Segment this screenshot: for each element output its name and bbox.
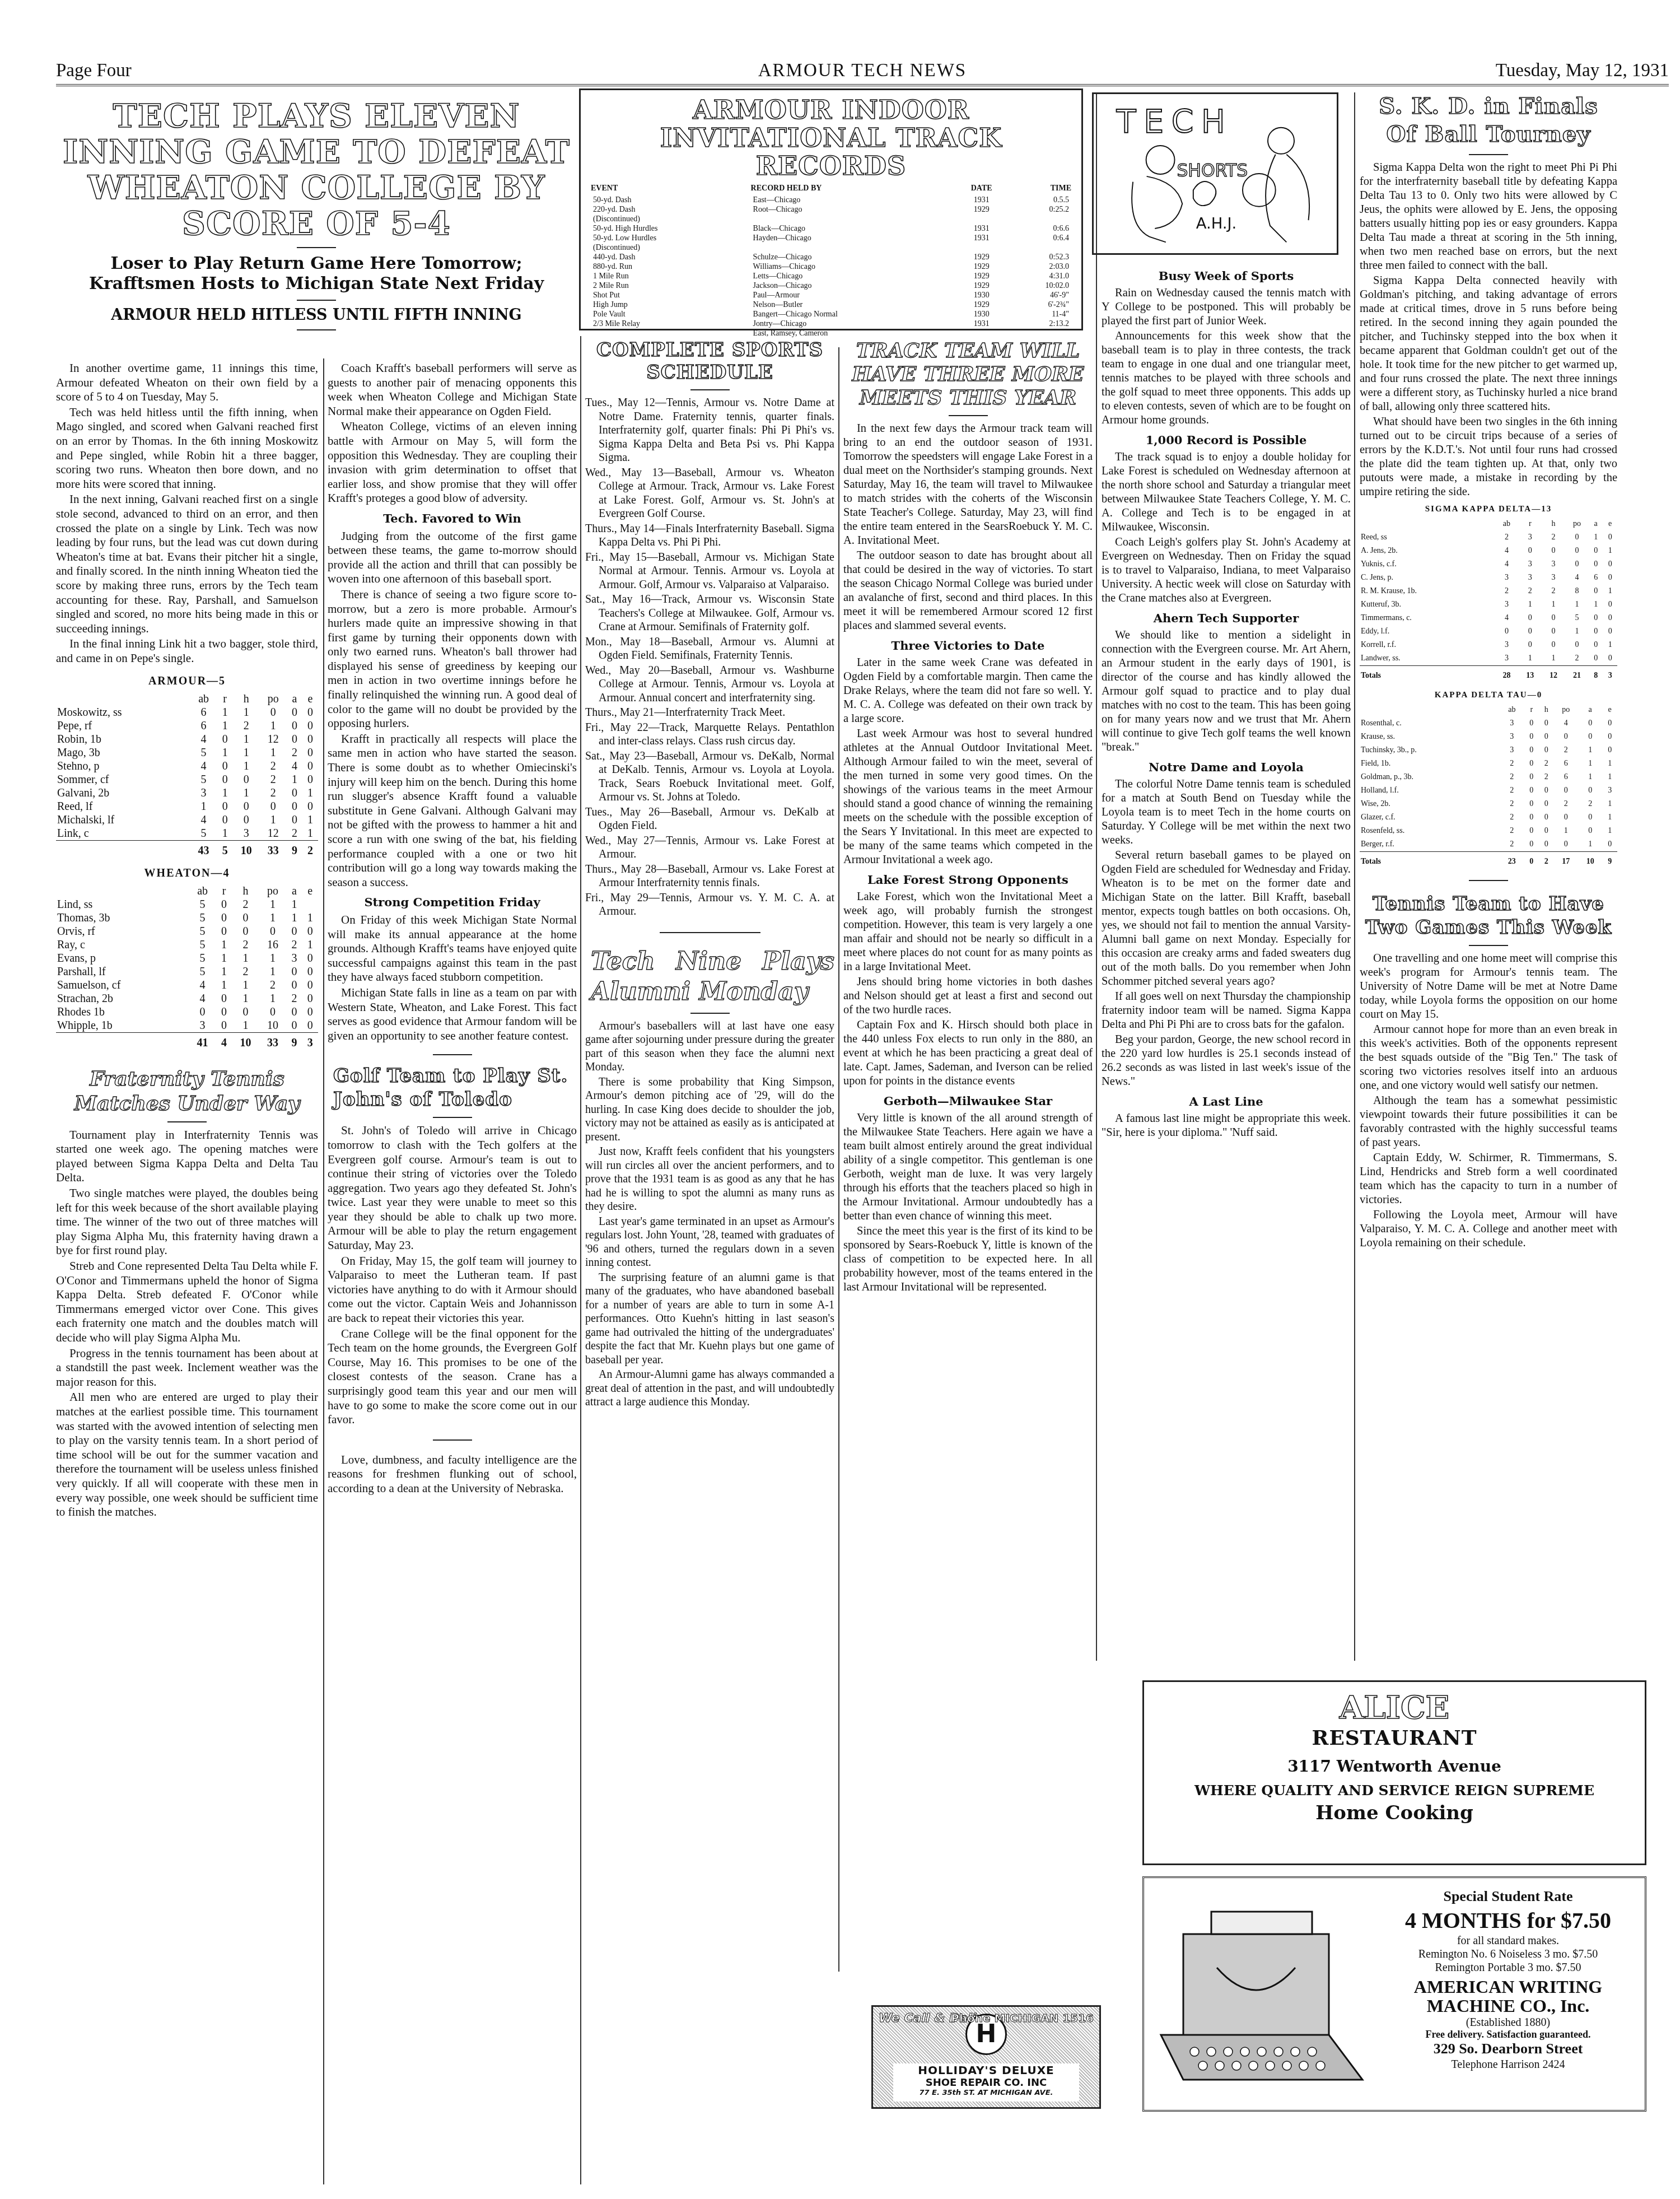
table-row: Samuelson, cf411200 (56, 979, 318, 992)
divider (433, 1439, 472, 1441)
paragraph: Judging from the outcome of the first ga… (328, 529, 577, 586)
paragraph: Later in the same week Crane was defeate… (843, 656, 1093, 726)
shoe-repair-ad: We Call & Deliver H Phone MICHIGAN 1516 … (871, 2005, 1101, 2109)
table-row: Tuchinsky, 3b., p.300210 (1360, 744, 1617, 757)
column-2: Coach Krafft's baseball performers will … (328, 361, 577, 1497)
subhead: Three Victories to Date (843, 639, 1093, 653)
svg-text:TECH: TECH (1116, 104, 1233, 141)
paragraph: Tech was held hitless until the fifth in… (56, 406, 318, 492)
paragraph: We should like to mention a sidelight in… (1102, 628, 1351, 754)
frat-tennis-headline: Fraternity Tennis Matches Under Way (56, 1066, 318, 1116)
table-row: Reed, lf100000 (56, 800, 318, 813)
subhead: Busy Week of Sports (1102, 269, 1351, 283)
totals-row: 435103392 (56, 841, 318, 858)
table-row: 220-yd. DashRoot—Chicago19290:25.2 (591, 205, 1071, 215)
table-row: Timmermans, c.400500 (1360, 612, 1617, 625)
box-score-title: KAPPA DELTA TAU—0 (1360, 688, 1617, 702)
table-row: C. Jens, p.333460 (1360, 571, 1617, 585)
column-divider (1096, 92, 1097, 1661)
paragraph: Armour cannot hope for more than an even… (1360, 1023, 1617, 1093)
ad-address: 3117 Wentworth Avenue (1144, 1757, 1645, 1776)
table-row: 2/3 Mile RelayJontry—Chicago19312:13.2 (591, 319, 1071, 329)
table-row: East, Ramsey, Cameron (591, 329, 1071, 338)
column-1: In another overtime game, 11 innings thi… (56, 361, 318, 1521)
paragraph: The surprising feature of an alumni game… (585, 1271, 834, 1367)
box-score-wheaton: abrhpoae Lind, ss50211 Thomas, 3b500111 … (56, 884, 318, 1050)
masthead: Page Four ARMOUR TECH NEWS Tuesday, May … (56, 60, 1669, 87)
column-divider (323, 358, 324, 2184)
ad-name: ALICE (1144, 1690, 1645, 1726)
table-row: Orvis, rf500000 (56, 925, 318, 938)
paragraph: Several return baseball games to be play… (1102, 849, 1351, 989)
table-row: Kutteruf, 3b.311110 (1360, 598, 1617, 612)
table-row: 50-yd. DashEast—Chicago19310.5.5 (591, 195, 1071, 205)
typewriter-ad: Special Student Rate 4 MONTHS for $7.50 … (1142, 1876, 1646, 2112)
box-score-title: SIGMA KAPPA DELTA—13 (1360, 502, 1617, 516)
box-score-kdt: abrhpoae Rosenthal, c.300400 Krause, ss.… (1360, 704, 1617, 869)
table-row: Holland, l.f.200003 (1360, 784, 1617, 798)
paragraph: Progress in the tennis tournament has be… (56, 1347, 318, 1390)
paragraph: If all goes well on next Thursday the ch… (1102, 990, 1351, 1032)
totals-row: 414103393 (56, 1032, 318, 1050)
tennis-team-headline: Tennis Team to Have Two Games This Week (1360, 892, 1617, 939)
table-row: Field, 1b.202611 (1360, 757, 1617, 771)
paragraph: Streb and Cone represented Delta Tau Del… (56, 1259, 318, 1345)
paragraph: Armour's baseballers will at last have o… (585, 1019, 834, 1074)
table-row: Link, c5131221 (56, 827, 318, 841)
paragraph: On Friday of this week Michigan State No… (328, 913, 577, 985)
divider (297, 329, 336, 330)
divider (690, 1013, 730, 1014)
paragraph: There is some probability that King Simp… (585, 1075, 834, 1144)
table-row: Landwer, ss.311200 (1360, 652, 1617, 666)
schedule-entry: Tues., May 26—Baseball, Armour vs. DeKal… (585, 805, 834, 833)
paragraph: Two single matches were played, the doub… (56, 1186, 318, 1258)
column-3: COMPLETE SPORTS SCHEDULE Tues., May 12—T… (585, 339, 834, 1410)
ad-tagline: Home Cooking (1144, 1802, 1645, 1824)
column-6: S. K. D. in Finals Of Ball Tourney Sigma… (1360, 92, 1617, 1251)
divider (1469, 154, 1508, 155)
paragraph: In another overtime game, 11 innings thi… (56, 361, 318, 404)
subhead: Gerboth—Milwaukee Star (843, 1094, 1093, 1108)
table-row: Whipple, 1b3011000 (56, 1019, 318, 1033)
paragraph: Crane College will be the final opponent… (328, 1327, 577, 1427)
paragraph: Sigma Kappa Delta connected heavily with… (1360, 274, 1617, 414)
track-team-headline: TRACK TEAM WILL HAVE THREE MORE MEETS TH… (843, 339, 1093, 409)
table-row: Berger, r.f.200010 (1360, 838, 1617, 852)
paragraph: Very little is known of the all around s… (843, 1111, 1093, 1223)
subhead: Ahern Tech Supporter (1102, 611, 1351, 625)
column-divider (580, 336, 581, 2184)
paragraph: Wheaton College, victims of an eleven in… (328, 420, 577, 506)
subhead: Lake Forest Strong Opponents (843, 873, 1093, 887)
table-row: Moskowitz, ss611000 (56, 706, 318, 719)
table-row: Ray, c5121621 (56, 938, 318, 952)
column-divider (838, 347, 839, 1972)
track-records-box: ARMOUR INDOOR INVITATIONAL TRACK RECORDS… (579, 88, 1083, 330)
ad-phone: Phone MICHIGAN 1516 (951, 2011, 1094, 2025)
ad-slogan: WHERE QUALITY AND SERVICE REIGN SUPREME (1144, 1782, 1645, 1799)
lead-subdeck: ARMOUR HELD HITLESS UNTIL FIFTH INNING (56, 306, 577, 324)
column-4: TRACK TEAM WILL HAVE THREE MORE MEETS TH… (843, 339, 1093, 1296)
ad-banner: HOLLIDAY'S DELUXE SHOE REPAIR CO. INC 77… (893, 2063, 1079, 2102)
table-row: Shot PutPaul—Armour193046'-9" (591, 291, 1071, 300)
table-row: Wise, 2b.200221 (1360, 798, 1617, 811)
schedule-entry: Tues., May 12—Tennis, Armour vs. Notre D… (585, 396, 834, 465)
table-row: High JumpNelson—Butler19296'-2¾" (591, 300, 1071, 310)
table-row: Eddy, l.f.000100 (1360, 625, 1617, 639)
table-row: Yuknis, c.f.433000 (1360, 558, 1617, 571)
divider (167, 1121, 207, 1122)
table-row: Rosenthal, c.300400 (1360, 717, 1617, 730)
schedule-headline: COMPLETE SPORTS SCHEDULE (585, 339, 834, 384)
paragraph: Last week Armour was host to several hun… (843, 727, 1093, 867)
table-row: Goldman, p., 3b.202611 (1360, 771, 1617, 784)
paragraph: On Friday, May 15, the golf team will jo… (328, 1254, 577, 1326)
subhead: Tech. Favored to Win (328, 511, 577, 526)
divider (433, 1117, 472, 1118)
table-row: Rhodes 1b000000 (56, 1005, 318, 1019)
paragraph: In the next few days the Armour track te… (843, 422, 1093, 548)
totals-row: Totals230217109 (1360, 852, 1617, 869)
ad-type: RESTAURANT (1144, 1726, 1645, 1750)
divider (1469, 945, 1508, 946)
paragraph: All men who are entered are urged to pla… (56, 1390, 318, 1519)
paragraph: There is chance of seeing a two figure s… (328, 588, 577, 731)
table-row: Pepe, rf612100 (56, 719, 318, 733)
table-row: 1 Mile RunLetts—Chicago19294:31.0 (591, 272, 1071, 281)
paper-name: ARMOUR TECH NEWS (56, 60, 1669, 81)
paragraph: Krafft in practically all respects will … (328, 732, 577, 890)
schedule-entry: Thurs., May 28—Baseball, Armour vs. Lake… (585, 863, 834, 890)
table-row: A. Jens, 2b.400001 (1360, 544, 1617, 558)
table-row: Mago, 3b511120 (56, 746, 318, 760)
column-divider (1354, 92, 1355, 1661)
schedule-entry: Fri., May 15—Baseball, Armour vs. Michig… (585, 551, 834, 592)
table-row: Stehno, p401240 (56, 760, 318, 773)
paragraph: Captain Fox and K. Hirsch should both pl… (843, 1018, 1093, 1088)
table-row: Krause, ss.300000 (1360, 730, 1617, 744)
table-row: Glazer, c.f.200001 (1360, 811, 1617, 824)
schedule-entry: Fri., May 22—Track, Marquette Relays. Pe… (585, 721, 834, 748)
totals-row: Totals2813122183 (1360, 666, 1617, 683)
cartoon-illustration-icon: TECH SHORTS A.H.J. (1094, 94, 1337, 253)
svg-text:A.H.J.: A.H.J. (1196, 215, 1237, 232)
paragraph: Although the team has a somewhat pessimi… (1360, 1094, 1617, 1150)
table-row: Evans, p511130 (56, 952, 318, 965)
paragraph: Captain Eddy, W. Schirmer, R. Timmermans… (1360, 1151, 1617, 1207)
table-row: 880-yd. RunWilliams—Chicago19292:03.0 (591, 262, 1071, 272)
paragraph: Just now, Krafft feels confident that hi… (585, 1145, 834, 1214)
table-row: 50-yd. High HurdlesBlack—Chicago19310:6.… (591, 224, 1071, 234)
table-row: Pole VaultBangert—Chicago Normal193011-4… (591, 310, 1071, 319)
divider (297, 247, 336, 248)
table-row: Lind, ss50211 (56, 898, 318, 911)
ad-copy: Special Student Rate 4 MONTHS for $7.50 … (1379, 1888, 1637, 2071)
paragraph: The colorful Notre Dame tennis team is s… (1102, 777, 1351, 847)
box-score-armour: abrhpoae Moskowitz, ss611000 Pepe, rf612… (56, 692, 318, 858)
table-row: 440-yd. DashSchulze—Chicago19290:52.3 (591, 253, 1071, 262)
paragraph: St. John's of Toledo will arrive in Chic… (328, 1124, 577, 1252)
schedule-entry: Fri., May 29—Tennis, Armour vs. Y. M. C.… (585, 891, 834, 919)
schedule-entry: Sat., May 23—Baseball, Armour vs. DeKalb… (585, 749, 834, 804)
divider (433, 1054, 472, 1055)
lead-headline: TECH PLAYS ELEVEN INNING GAME TO DEFEAT … (56, 98, 577, 241)
table-row: (Discontinued) (591, 243, 1071, 253)
lead-headline-block: TECH PLAYS ELEVEN INNING GAME TO DEFEAT … (56, 98, 577, 336)
subhead: Notre Dame and Loyola (1102, 760, 1351, 774)
track-records-table: EVENTRECORD HELD BYDATETIME 50-yd. DashE… (591, 184, 1071, 338)
paragraph: Following the Loyola meet, Armour will h… (1360, 1208, 1617, 1250)
paragraph: Jens should bring home victories in both… (843, 975, 1093, 1017)
table-row: Michalski, lf400101 (56, 813, 318, 827)
golf-headline: Golf Team to Play St. John's of Toledo (328, 1064, 577, 1111)
paragraph: Since the meet this year is the first of… (843, 1224, 1093, 1294)
divider (660, 932, 760, 933)
table-row: Strachan, 2b401120 (56, 992, 318, 1005)
table-row: Parshall, lf512100 (56, 965, 318, 979)
paragraph: Coach Krafft's baseball performers will … (328, 361, 577, 418)
paragraph: Tournament play in Interfraternity Tenni… (56, 1128, 318, 1185)
box-score-title: WHEATON—4 (56, 866, 318, 881)
subhead: Strong Competition Friday (328, 895, 577, 910)
table-row: Galvani, 2b311201 (56, 786, 318, 800)
box-score-title: ARMOUR—5 (56, 674, 318, 689)
table-row: Korrell, r.f.300001 (1360, 639, 1617, 652)
divider (297, 300, 336, 301)
masthead-rule (56, 84, 1669, 87)
paragraph: One travelling and one home meet will co… (1360, 952, 1617, 1022)
paragraph: Rain on Wednesday caused the tennis matc… (1102, 286, 1351, 328)
paragraph: The track squad is to enjoy a double hol… (1102, 450, 1351, 534)
paragraph: A famous last line might be appropriate … (1102, 1112, 1351, 1140)
paragraph: Lake Forest, which won the Invitational … (843, 890, 1093, 974)
divider (949, 415, 988, 416)
paragraph: Last year's game terminated in an upset … (585, 1215, 834, 1270)
paragraph: Coach Leigh's golfers play St. John's Ac… (1102, 535, 1351, 605)
paragraph: An Armour-Alumni game has always command… (585, 1368, 834, 1409)
track-records-title: ARMOUR INDOOR INVITATIONAL TRACK RECORDS (591, 96, 1071, 180)
paragraph: Announcements for this week show that th… (1102, 329, 1351, 427)
tech-shorts-cartoon: TECH SHORTS A.H.J. (1092, 92, 1338, 255)
table-row: (Discontinued) (591, 215, 1071, 224)
paragraph: In the final inning Link hit a two bagge… (56, 637, 318, 665)
schedule-list: Tues., May 12—Tennis, Armour vs. Notre D… (585, 396, 834, 919)
schedule-entry: Thurs., May 21—Interfraternity Track Mee… (585, 706, 834, 720)
divider (690, 389, 730, 390)
subhead: 1,000 Record is Possible (1102, 433, 1351, 447)
schedule-entry: Wed., May 20—Baseball, Armour vs. Washbu… (585, 664, 834, 705)
paragraph: In the next inning, Galvani reached firs… (56, 492, 318, 636)
table-row: Thomas, 3b500111 (56, 911, 318, 925)
paragraph: Beg your pardon, George, the new school … (1102, 1033, 1351, 1089)
paragraph: What should have been two singles in the… (1360, 415, 1617, 499)
table-row: Sommer, cf500210 (56, 773, 318, 786)
schedule-entry: Wed., May 27—Tennis, Armour vs. Lake For… (585, 834, 834, 861)
column-5: Busy Week of Sports Rain on Wednesday ca… (1102, 263, 1351, 1141)
skd-headline: S. K. D. in Finals Of Ball Tourney (1360, 92, 1617, 148)
schedule-entry: Sat., May 16—Track, Armour vs. Wisconsin… (585, 593, 834, 634)
table-row: 50-yd. Low HurdlesHayden—Chicago19310:6.… (591, 234, 1071, 243)
paragraph: The outdoor season to date has brought a… (843, 549, 1093, 633)
issue-date: Tuesday, May 12, 1931 (1496, 60, 1669, 81)
svg-text:SHORTS: SHORTS (1177, 161, 1248, 181)
paragraph: Sigma Kappa Delta won the right to meet … (1360, 161, 1617, 273)
alice-restaurant-ad: ALICE RESTAURANT 3117 Wentworth Avenue W… (1142, 1680, 1646, 1865)
table-row: Rosenfeld, ss.200101 (1360, 824, 1617, 838)
schedule-entry: Mon., May 18—Baseball, Armour vs. Alumni… (585, 635, 834, 663)
box-score-skd: abrhpoae Reed, ss232010 A. Jens, 2b.4000… (1360, 518, 1617, 683)
paragraph: Michigan State falls in line as a team o… (328, 986, 577, 1043)
table-row: 2 Mile RunJackson—Chicago192910:02.0 (591, 281, 1071, 291)
alumni-headline: Tech Nine Plays Alumni Monday (585, 947, 834, 1007)
typewriter-icon (1150, 1900, 1374, 2102)
lead-deck: Loser to Play Return Game Here Tomorrow;… (56, 254, 577, 294)
subhead: A Last Line (1102, 1094, 1351, 1108)
schedule-entry: Wed., May 13—Baseball, Armour vs. Wheato… (585, 466, 834, 521)
table-row: Reed, ss232010 (1360, 531, 1617, 544)
table-row: Robin, 1b4011200 (56, 733, 318, 746)
divider (1469, 880, 1508, 881)
schedule-entry: Thurs., May 14—Finals Interfraternity Ba… (585, 522, 834, 549)
table-row: R. M. Krause, 1b.222801 (1360, 585, 1617, 598)
filler-paragraph: Love, dumbness, and faculty intelligence… (328, 1453, 577, 1496)
